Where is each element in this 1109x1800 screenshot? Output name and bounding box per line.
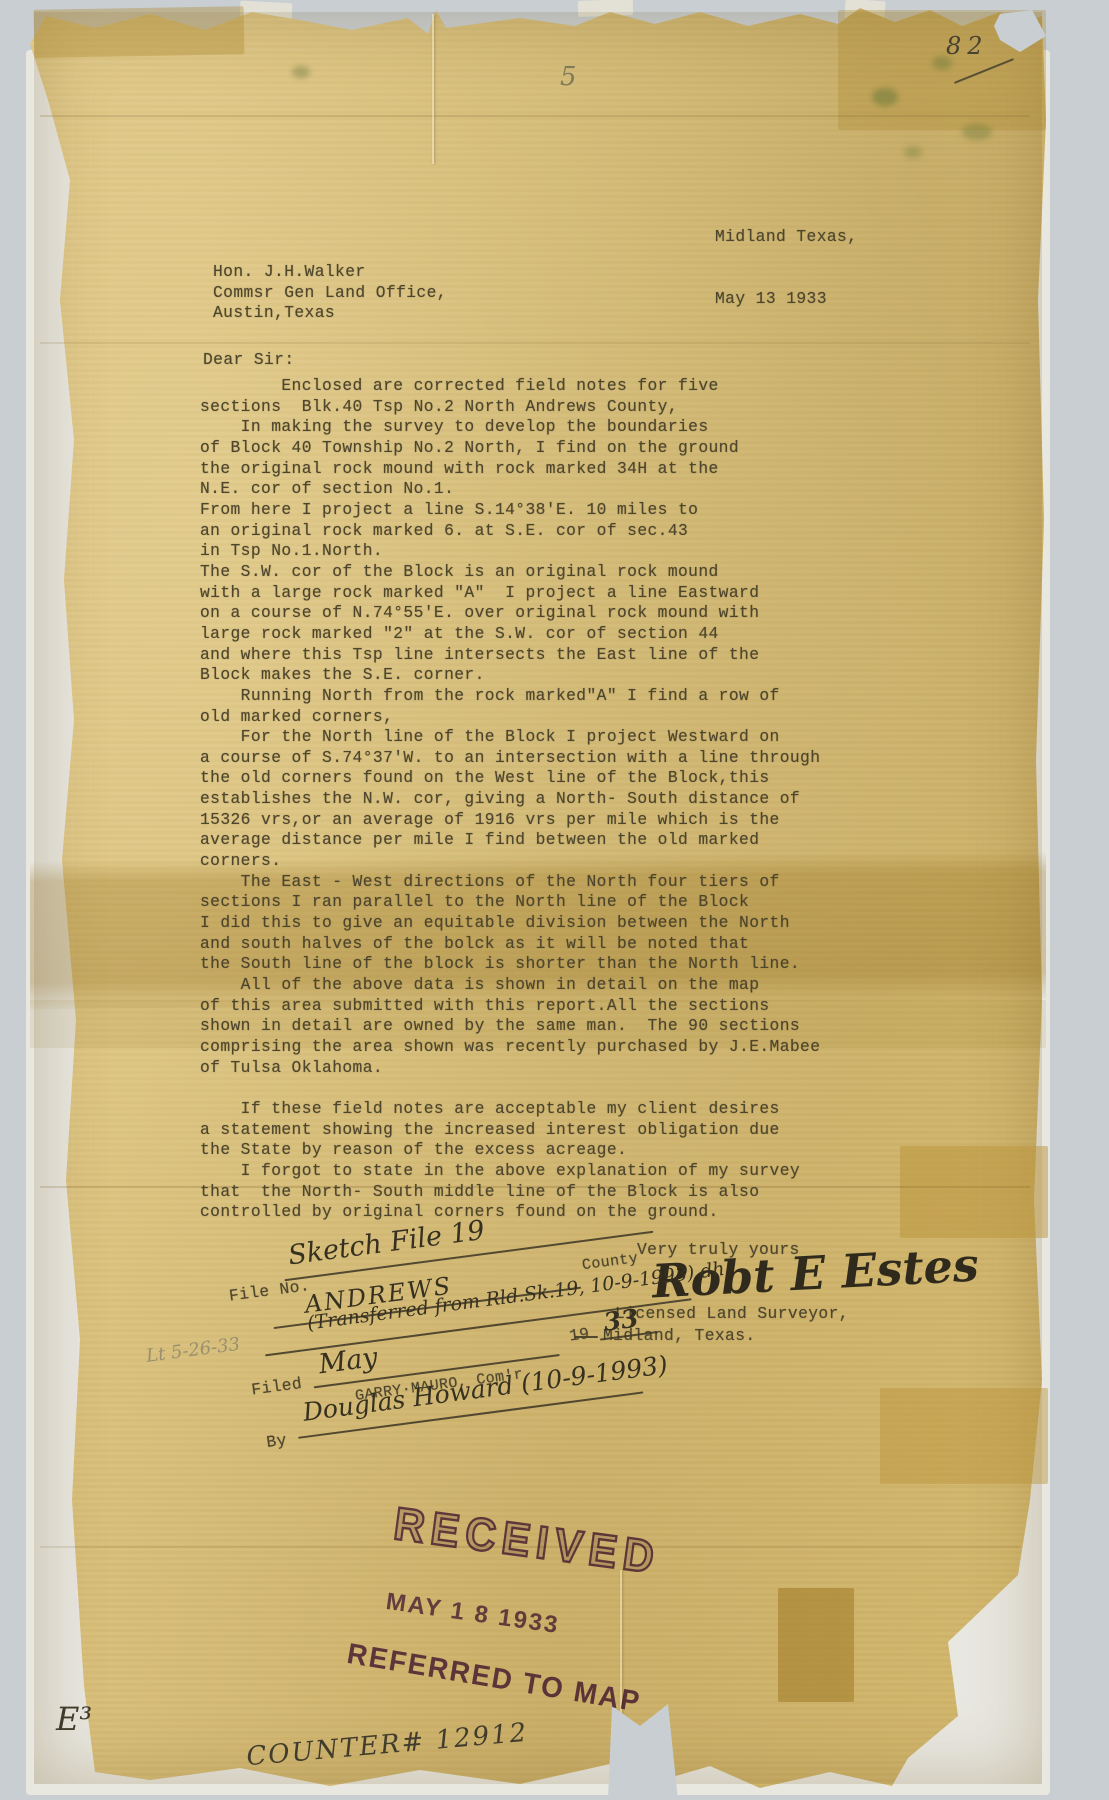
by-label: By xyxy=(265,1430,288,1453)
body-line: If these field notes are acceptable my c… xyxy=(200,1099,820,1120)
filed-label: Filed xyxy=(250,1374,303,1401)
body-line: sections Blk.40 Tsp No.2 North Andrews C… xyxy=(200,397,820,418)
body-line: I did this to give an equitable division… xyxy=(200,913,820,934)
mold-spot xyxy=(292,66,310,78)
body-line: an original rock marked 6. at S.E. cor o… xyxy=(200,521,820,542)
body-line: Enclosed are corrected field notes for f… xyxy=(200,376,820,397)
body-line: comprising the area shown was recently p… xyxy=(200,1037,820,1058)
body-line: I forgot to state in the above explanati… xyxy=(200,1161,820,1182)
mold-spot xyxy=(904,146,922,158)
body-line: establishes the N.W. cor, giving a North… xyxy=(200,789,820,810)
body-line: The S.W. cor of the Block is an original… xyxy=(200,562,820,583)
tape-stain xyxy=(900,1146,1048,1238)
tape-stain xyxy=(778,1588,854,1702)
body-line: with a large rock marked "A" I project a… xyxy=(200,583,820,604)
body-line: In making the survey to develop the boun… xyxy=(200,417,820,438)
recipient-line: Commsr Gen Land Office, xyxy=(213,283,447,304)
tear-crack xyxy=(432,14,434,164)
body-line: in Tsp No.1.North. xyxy=(200,541,820,562)
recipient-address: Hon. J.H.WalkerCommsr Gen Land Office,Au… xyxy=(213,262,447,324)
letterhead-date: May 13 1933 xyxy=(715,289,857,310)
body-line: 15326 vrs,or an average of 1916 vrs per … xyxy=(200,810,820,831)
fold-crease xyxy=(40,342,1030,344)
letterhead-city: Midland Texas, xyxy=(715,227,857,248)
body-line: the old corners found on the West line o… xyxy=(200,768,820,789)
letter-body: Enclosed are corrected field notes for f… xyxy=(200,376,820,1223)
body-line: a statement showing the increased intere… xyxy=(200,1120,820,1141)
body-line: Running North from the rock marked"A" I … xyxy=(200,686,820,707)
mold-spot xyxy=(962,124,992,140)
page-number-pencil: 5 xyxy=(560,62,577,92)
body-line: the State by reason of the excess acreag… xyxy=(200,1140,820,1161)
tape-stain xyxy=(880,1388,1048,1484)
body-line: the South line of the block is shorter t… xyxy=(200,954,820,975)
body-line: and south halves of the bolck as it will… xyxy=(200,934,820,955)
scanned-letter-page: 5 82 Midland Texas, May 13 1933 Hon. J.H… xyxy=(0,0,1109,1800)
body-line xyxy=(200,1078,820,1099)
body-line: N.E. cor of section No.1. xyxy=(200,479,820,500)
body-line: sections I ran parallel to the North lin… xyxy=(200,892,820,913)
body-line: a course of S.74°37'W. to an intersectio… xyxy=(200,748,820,769)
body-line: on a course of N.74°55'E. over original … xyxy=(200,603,820,624)
recipient-line: Hon. J.H.Walker xyxy=(213,262,447,283)
fold-crease xyxy=(40,115,1030,117)
mold-spot xyxy=(872,88,898,106)
body-line: corners. xyxy=(200,851,820,872)
body-line: From here I project a line S.14°38'E. 10… xyxy=(200,500,820,521)
body-line: Block makes the S.E. corner. xyxy=(200,665,820,686)
recipient-line: Austin,Texas xyxy=(213,303,447,324)
salutation: Dear Sir: xyxy=(203,350,295,371)
body-line: The East - West directions of the North … xyxy=(200,872,820,893)
body-line: For the North line of the Block I projec… xyxy=(200,727,820,748)
body-line: All of the above data is shown in detail… xyxy=(200,975,820,996)
body-line: of Block 40 Township No.2 North, I find … xyxy=(200,438,820,459)
top-right-code: 82 xyxy=(946,32,989,60)
file-no-label: File No. xyxy=(228,1276,311,1307)
body-line: the original rock mound with rock marked… xyxy=(200,459,820,480)
body-line: large rock marked "2" at the S.W. cor of… xyxy=(200,624,820,645)
year-value: 33 xyxy=(602,1304,640,1337)
body-line: average distance per mile I find between… xyxy=(200,830,820,851)
bottom-left-code: E³ xyxy=(56,1700,92,1738)
year-prefix: 19 xyxy=(568,1324,591,1347)
filed-month: May xyxy=(317,1342,380,1380)
body-line: old marked corners, xyxy=(200,707,820,728)
tape-stain xyxy=(34,6,245,58)
letterhead: Midland Texas, May 13 1933 xyxy=(715,186,857,351)
body-line: of Tulsa Oklahoma. xyxy=(200,1058,820,1079)
body-line: and where this Tsp line intersects the E… xyxy=(200,645,820,666)
body-line: of this area submitted with this report.… xyxy=(200,996,820,1017)
body-line: shown in detail are owned by the same ma… xyxy=(200,1016,820,1037)
